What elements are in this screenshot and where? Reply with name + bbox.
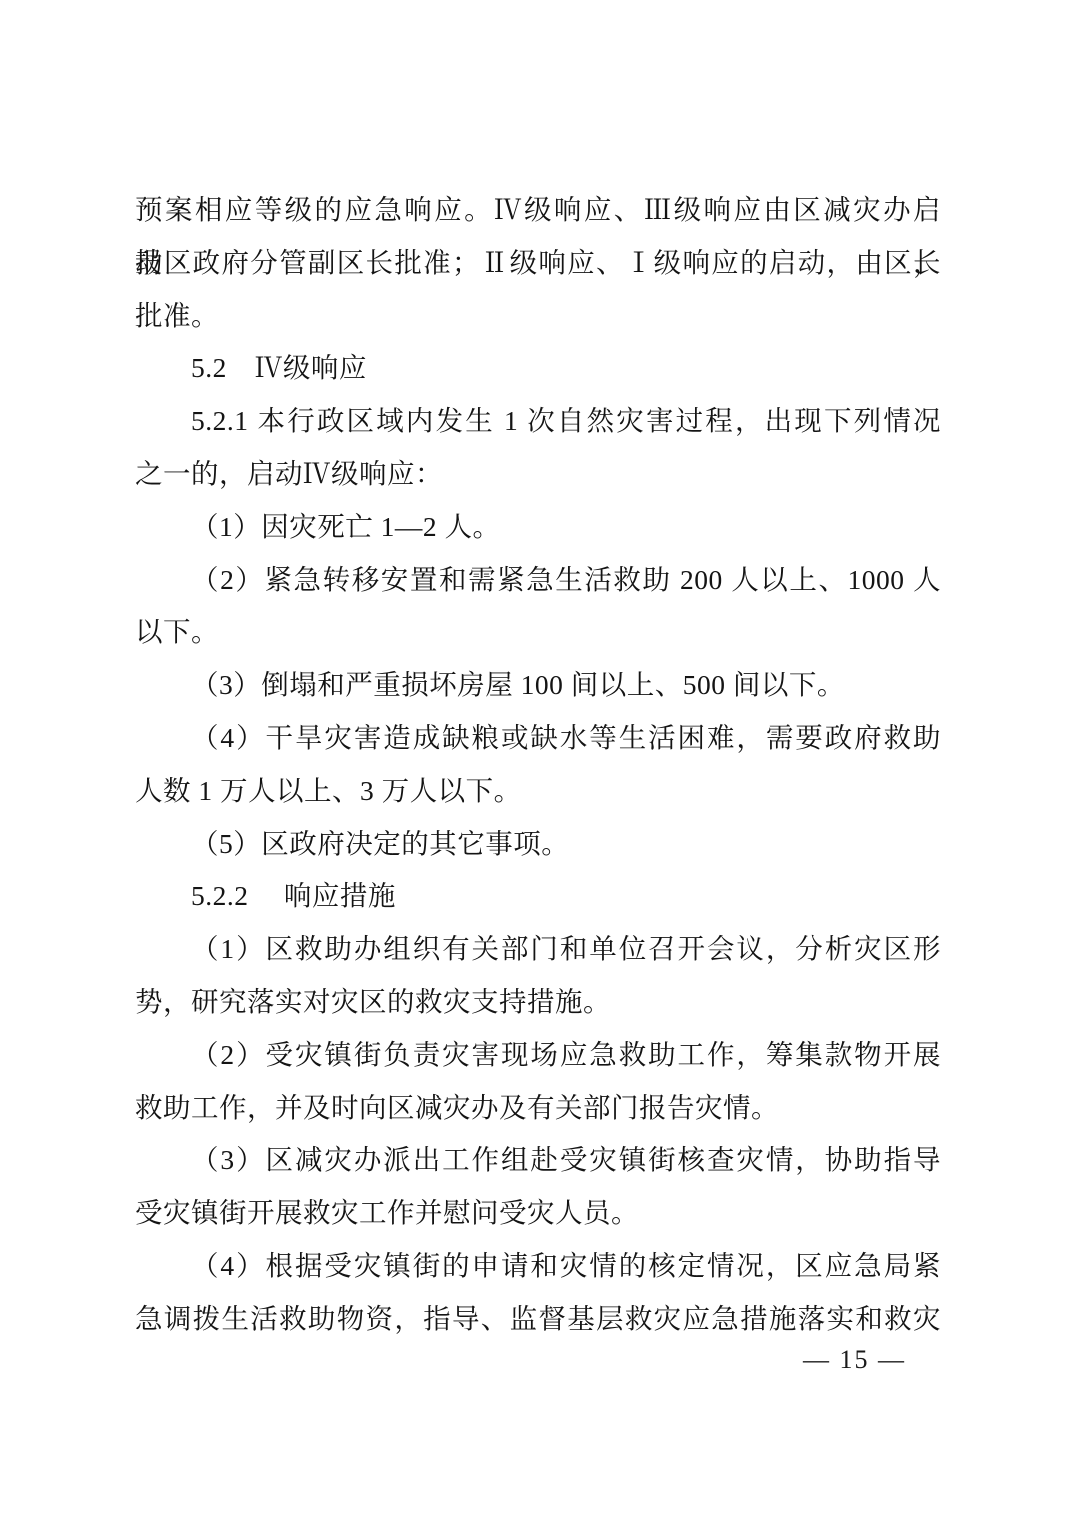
- list-item-2b: （2）受灾镇街负责灾害现场应急救助工作，筹集款物开展: [135, 1029, 941, 1082]
- text-line: 预案相应等级的应急响应。Ⅳ级响应、Ⅲ级响应由区减灾办启动，: [135, 184, 941, 237]
- text-line: 受灾镇街开展救灾工作并慰问受灾人员。: [135, 1187, 941, 1240]
- section-heading-5-2-2: 5.2.2 响应措施: [135, 870, 941, 923]
- list-item-1b: （1）区救助办组织有关部门和单位召开会议，分析灾区形: [135, 923, 941, 976]
- text-line: 5.2.1 本行政区域内发生 1 次自然灾害过程，出现下列情况: [135, 395, 941, 448]
- list-item-3: （3）倒塌和严重损坏房屋 100 间以上、500 间以下。: [135, 659, 941, 712]
- text-line: 人数 1 万人以上、3 万人以下。: [135, 765, 941, 818]
- text-line: 急调拨生活救助物资，指导、监督基层救灾应急措施落实和救灾: [135, 1293, 941, 1346]
- section-heading-5-2: 5.2 Ⅳ级响应: [135, 342, 941, 395]
- text-line: 以下。: [135, 606, 941, 659]
- list-item-3b: （3）区减灾办派出工作组赴受灾镇街核查灾情，协助指导: [135, 1134, 941, 1187]
- document-page: 预案相应等级的应急响应。Ⅳ级响应、Ⅲ级响应由区减灾办启动， 报区政府分管副区长批…: [0, 0, 1074, 1520]
- text-line: 救助工作，并及时向区减灾办及有关部门报告灾情。: [135, 1082, 941, 1135]
- page-number: — 15 —: [803, 1343, 906, 1377]
- text-line: 批准。: [135, 290, 941, 343]
- text-line: 势，研究落实对灾区的救灾支持措施。: [135, 976, 941, 1029]
- list-item-4b: （4）根据受灾镇街的申请和灾情的核定情况，区应急局紧: [135, 1240, 941, 1293]
- text-line: 之一的，启动Ⅳ级响应：: [135, 448, 941, 501]
- text-line: 报区政府分管副区长批准；Ⅱ级响应、Ⅰ级响应的启动，由区长: [135, 237, 941, 290]
- list-item-4: （4）干旱灾害造成缺粮或缺水等生活困难，需要政府救助: [135, 712, 941, 765]
- document-body: 预案相应等级的应急响应。Ⅳ级响应、Ⅲ级响应由区减灾办启动， 报区政府分管副区长批…: [135, 184, 941, 1346]
- list-item-1: （1）因灾死亡 1—2 人。: [135, 501, 941, 554]
- list-item-2: （2）紧急转移安置和需紧急生活救助 200 人以上、1000 人: [135, 554, 941, 607]
- list-item-5: （5）区政府决定的其它事项。: [135, 818, 941, 871]
